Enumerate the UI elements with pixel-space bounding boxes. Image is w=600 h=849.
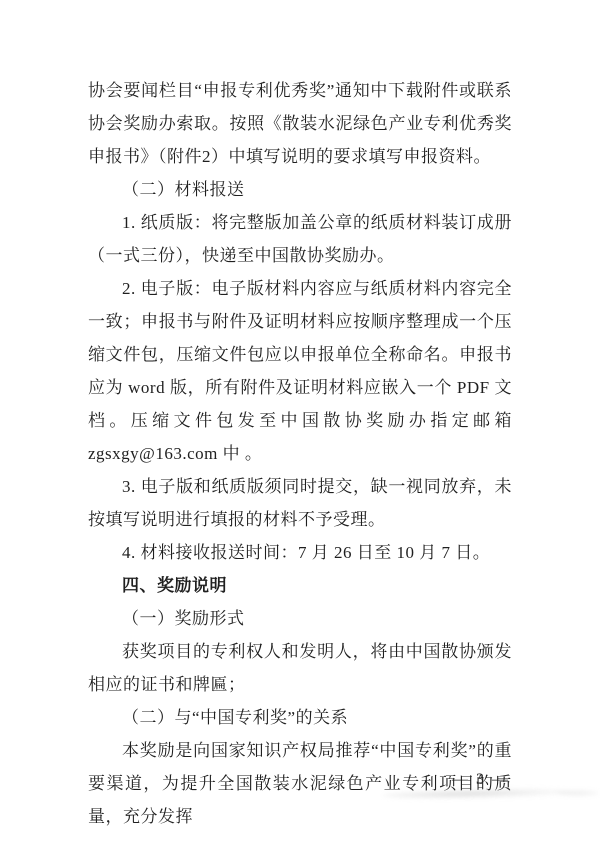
heading-award-description: 四、奖励说明 bbox=[88, 569, 512, 602]
paragraph-award-form: 获奖项目的专利权人和发明人，将由中国散协颁发相应的证书和牌匾； bbox=[88, 635, 512, 701]
paragraph-simultaneous-submission: 3. 电子版和纸质版须同时提交，缺一视同放弃，未按填写说明进行填报的材料不予受理… bbox=[88, 470, 512, 536]
subheading-china-patent-award-relation: （二）与“中国专利奖”的关系 bbox=[88, 701, 512, 734]
paragraph-submission-deadline: 4. 材料接收报送时间：7 月 26 日至 10 月 7 日。 bbox=[88, 536, 512, 569]
page-number: — 3 — bbox=[452, 770, 510, 790]
scan-smudge-artifact-small bbox=[555, 790, 600, 796]
subheading-materials-submission: （二）材料报送 bbox=[88, 173, 512, 206]
paragraph-application-materials: 协会要闻栏目“申报专利优秀奖”通知中下载附件或联系协会奖励办索取。按照《散装水泥… bbox=[88, 74, 512, 173]
paragraph-electronic-version: 2. 电子版：电子版材料内容应与纸质材料内容完全一致；申报书与附件及证明材料应按… bbox=[88, 272, 512, 470]
subheading-award-form: （一）奖励形式 bbox=[88, 602, 512, 635]
document-page: 协会要闻栏目“申报专利优秀奖”通知中下载附件或联系协会奖励办索取。按照《散装水泥… bbox=[0, 0, 600, 849]
paragraph-china-patent-award-relation: 本奖励是向国家知识产权局推荐“中国专利奖”的重要渠道，为提升全国散装水泥绿色产业… bbox=[88, 734, 512, 833]
document-body: 协会要闻栏目“申报专利优秀奖”通知中下载附件或联系协会奖励办索取。按照《散装水泥… bbox=[88, 74, 512, 833]
paragraph-paper-version: 1. 纸质版：将完整版加盖公章的纸质材料装订成册（一式三份），快递至中国散协奖励… bbox=[88, 206, 512, 272]
